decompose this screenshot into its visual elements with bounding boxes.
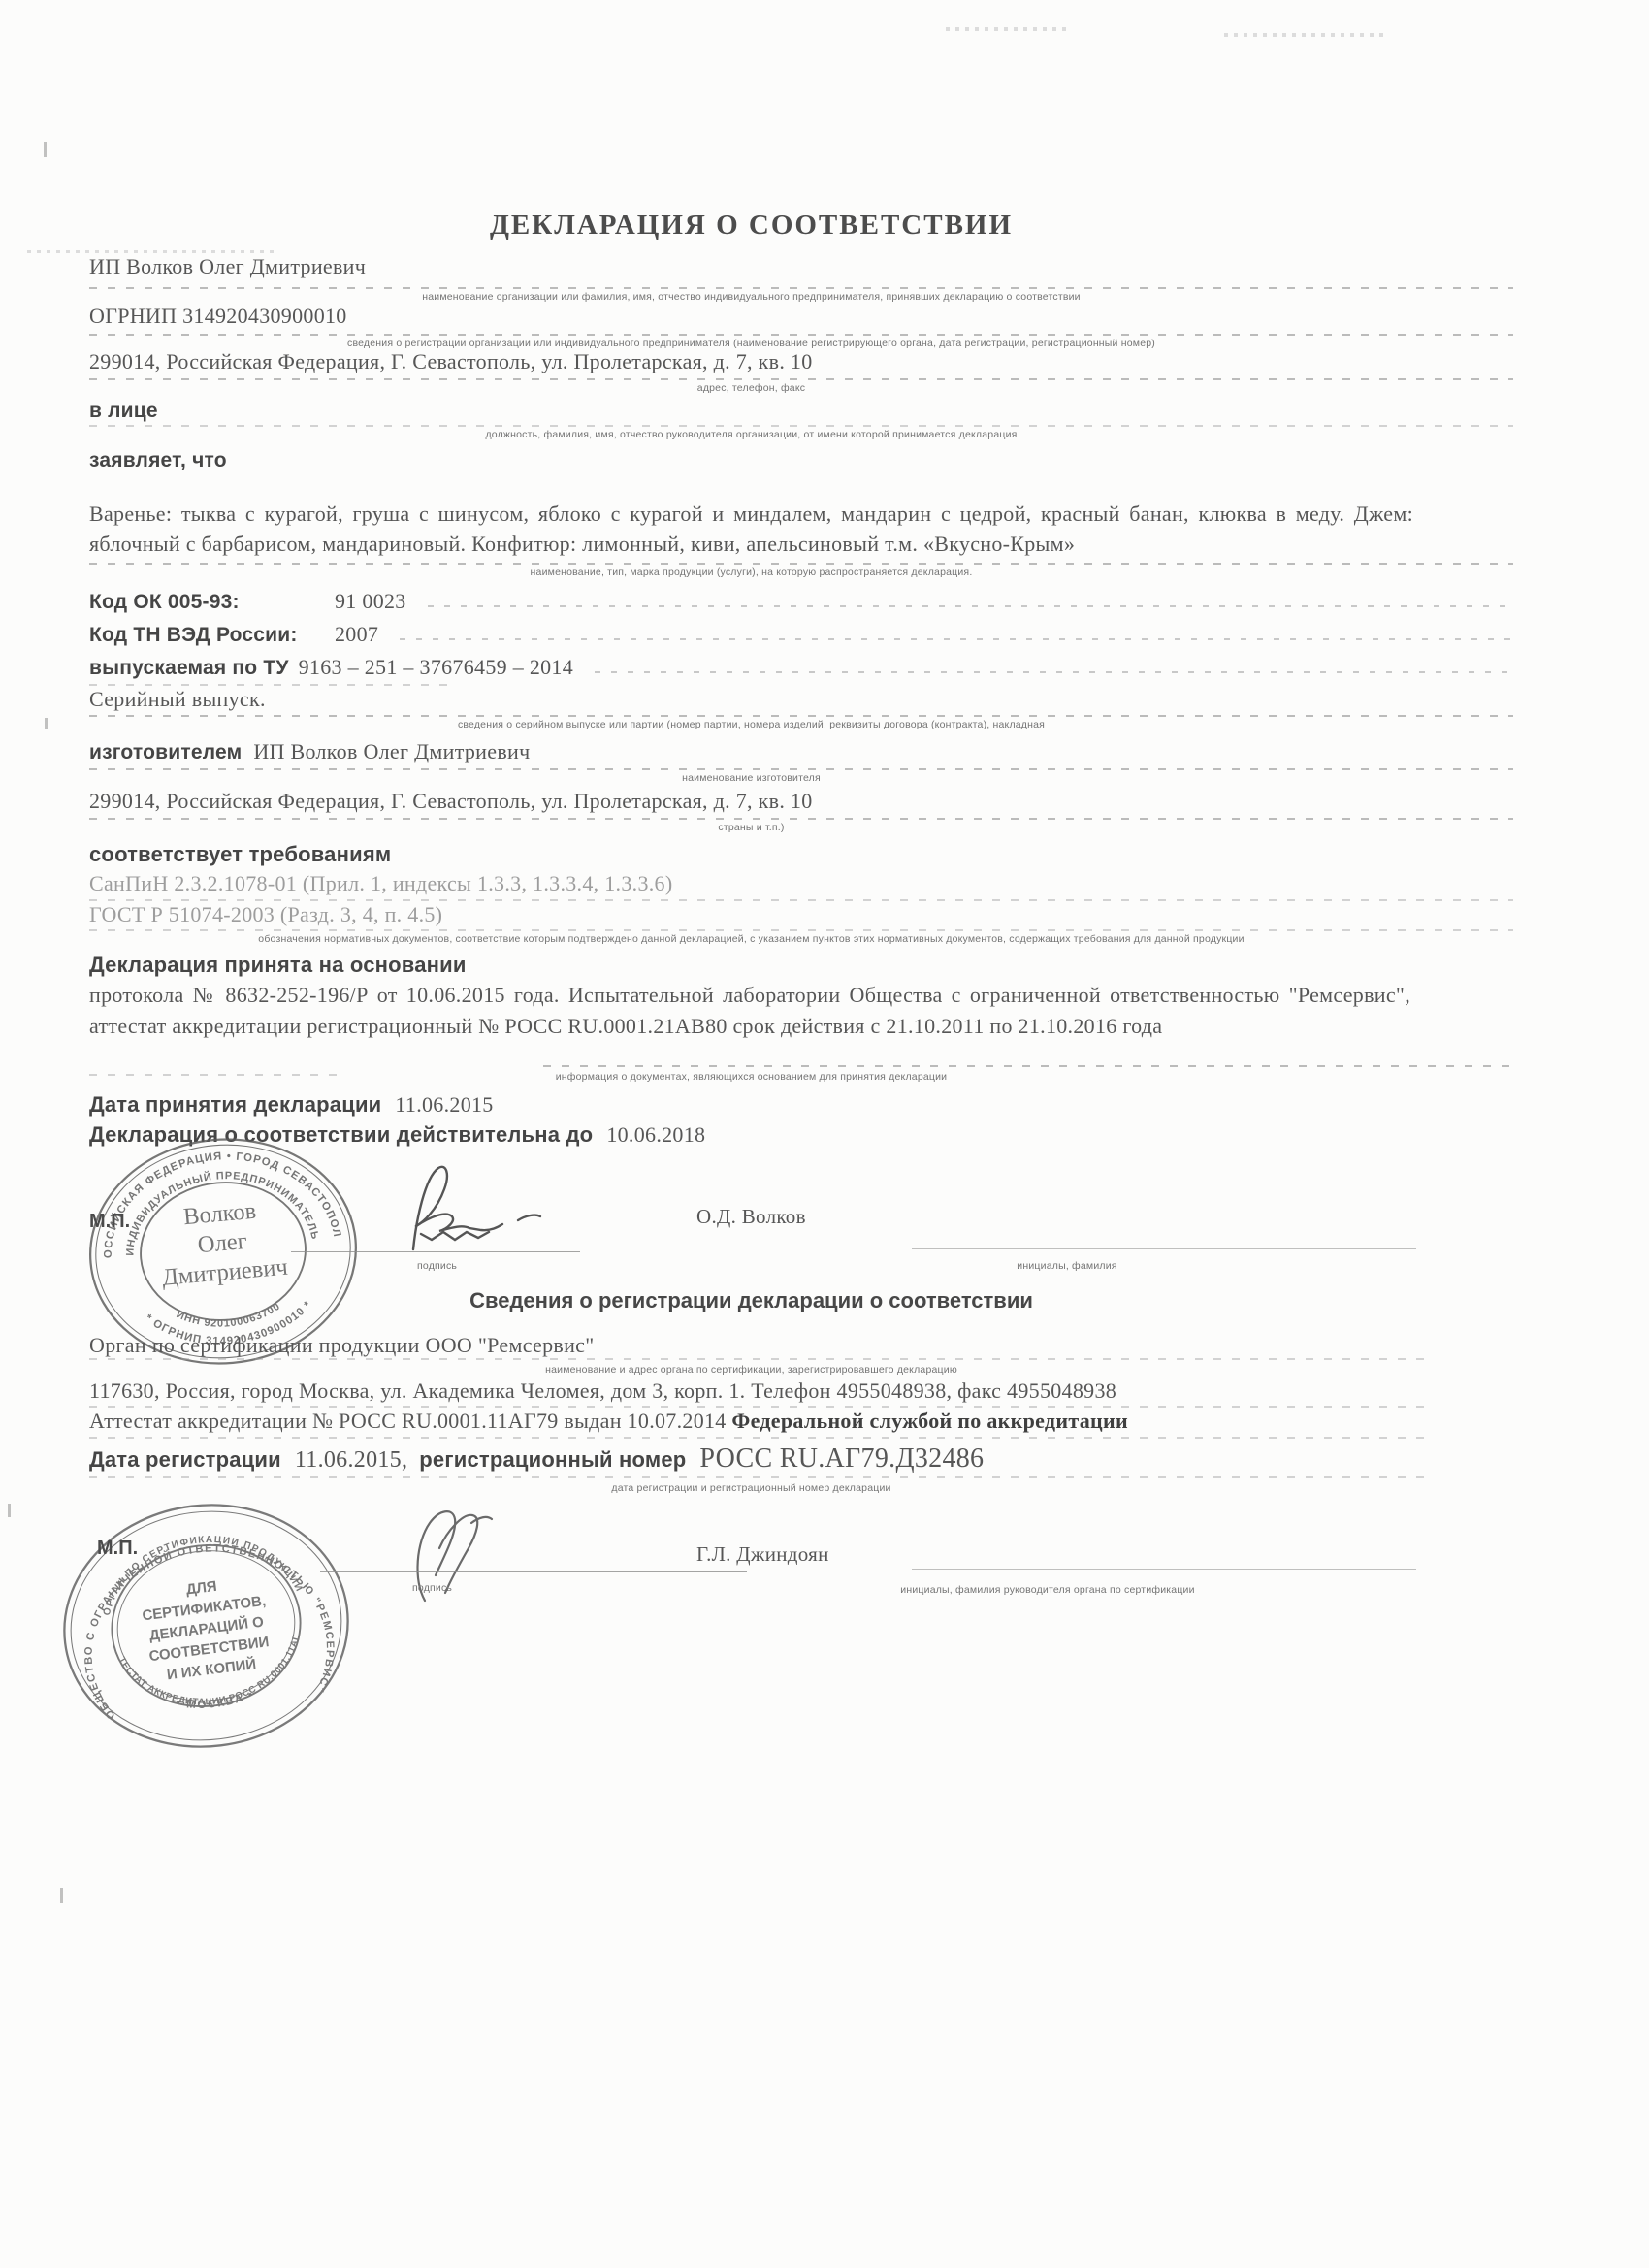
accreditation-row: Аттестат аккредитации № РОСС RU.0001.11А…: [89, 1409, 1128, 1434]
code-ok-row: Код ОК 005-93: 91 0023: [89, 589, 1513, 614]
initials-line-2: [912, 1569, 1416, 1570]
basis-heading: Декларация принята на основании: [89, 953, 467, 978]
declarant-name-caption: наименование организации или фамилия, им…: [89, 291, 1413, 303]
tu-row: выпускаемая по ТУ 9163 – 251 – 37676459 …: [89, 655, 1513, 680]
dashed-rule: [89, 1476, 1426, 1478]
scan-artifact: [946, 27, 1072, 31]
standards-caption: обозначения нормативных документов, соот…: [89, 933, 1413, 945]
manufacturer-caption: наименование изготовителя: [89, 772, 1413, 784]
code-ok-label: Код ОК 005-93:: [89, 591, 335, 614]
sign-caption-2: подпись: [412, 1582, 452, 1594]
adoption-date-row: Дата принятия декларации 11.06.2015: [89, 1092, 494, 1118]
standard-sanpin: СанПиН 2.3.2.1078-01 (Прил. 1, индексы 1…: [89, 871, 672, 896]
tu-value: 9163 – 251 – 37676459 – 2014: [299, 655, 573, 680]
dashed-filler: [400, 638, 1513, 640]
dashed-rule: [89, 899, 1513, 901]
manufacturer-value: ИП Волков Олег Дмитриевич: [253, 739, 530, 763]
stamp1-center-line: Дмитриевич: [161, 1254, 289, 1291]
declares-label: заявляет, что: [89, 449, 227, 472]
dashed-rule: [89, 768, 1513, 770]
scan-artifact: [27, 250, 275, 253]
adoption-date-label: Дата принятия декларации: [89, 1092, 381, 1117]
in-person-label: в лице: [89, 400, 158, 423]
registration-number-value: РОСС RU.АГ79.Д32486: [699, 1443, 984, 1474]
dashed-rule: [89, 425, 1513, 427]
serial-caption: сведения о серийном выпуске или партии (…: [89, 719, 1413, 730]
dashed-rule: [89, 929, 1513, 931]
initials-line-1: [912, 1248, 1416, 1249]
scan-artifact: [1224, 33, 1389, 37]
scan-artifact: [44, 142, 47, 157]
registration-date-value: 11.06.2015,: [295, 1447, 407, 1473]
scan-artifact: [8, 1504, 11, 1517]
code-ok-value: 91 0023: [335, 589, 406, 614]
registration-date-label: Дата регистрации: [89, 1447, 281, 1472]
declarant-address: 299014, Российская Федерация, Г. Севасто…: [89, 349, 813, 374]
certification-body-round-stamp: ОБЩЕСТВО С ОГРАНИЧЕННОЙ ОТВЕТСТВЕННОСТЬЮ…: [42, 1481, 371, 1770]
dashed-filler: [428, 605, 1513, 607]
document-page: ДЕКЛАРАЦИЯ О СООТВЕТСТВИИ ИП Волков Олег…: [0, 0, 1649, 2268]
scan-artifact: [45, 718, 48, 729]
standard-gost: ГОСТ Р 51074-2003 (Разд. 3, 4, п. 4.5): [89, 902, 442, 927]
signature-1: [386, 1160, 561, 1257]
initials-caption-2: инициалы, фамилия руководителя органа по…: [776, 1584, 1319, 1596]
page-title: ДЕКЛАРАЦИЯ О СООТВЕТСТВИИ: [89, 210, 1413, 242]
dashed-rule: [89, 334, 1513, 336]
dashed-rule: [89, 287, 1513, 289]
dashed-rule: [89, 818, 1513, 820]
code-tnved-label: Код ТН ВЭД России:: [89, 624, 335, 647]
registration-heading: Сведения о регистрации декларации о соот…: [89, 1288, 1413, 1313]
dashed-rule: [89, 1437, 1426, 1439]
signature-line-2: [320, 1571, 747, 1572]
dashed-rule: [89, 563, 1513, 565]
accreditation-text: Аттестат аккредитации № РОСС RU.0001.11А…: [89, 1409, 731, 1433]
compliance-heading: соответствует требованиям: [89, 842, 391, 867]
stamp-place-label-1: М.П.: [89, 1211, 130, 1233]
manufacturer-address-caption: страны и т.п.): [89, 822, 1413, 833]
basis-text: протокола № 8632-252-196/Р от 10.06.2015…: [89, 980, 1410, 1042]
dashed-rule: [89, 1358, 1426, 1360]
manufacturer-label: изготовителем: [89, 741, 242, 763]
serial-release: Серийный выпуск.: [89, 687, 266, 712]
product-caption: наименование, тип, марка продукции (услу…: [89, 567, 1413, 578]
initials-caption-1: инициалы, фамилия: [873, 1260, 1261, 1272]
manufacturer-row: изготовителем ИП Волков Олег Дмитриевич: [89, 739, 530, 764]
valid-until-value: 10.06.2018: [606, 1122, 705, 1147]
certification-body: Орган по сертификации продукции ООО "Рем…: [89, 1333, 595, 1358]
dashed-rule: [89, 1406, 1426, 1408]
basis-caption: информация о документах, являющихся осно…: [89, 1071, 1413, 1083]
dashed-filler: [595, 671, 1513, 673]
sign-caption-1: подпись: [417, 1260, 457, 1272]
in-person-caption: должность, фамилия, имя, отчество руково…: [89, 429, 1413, 440]
adoption-date-value: 11.06.2015: [395, 1092, 493, 1117]
tu-label: выпускаемая по ТУ: [89, 657, 289, 680]
address-caption: адрес, телефон, факс: [89, 382, 1413, 394]
certification-body-address: 117630, Россия, город Москва, ул. Академ…: [89, 1378, 1116, 1404]
stamp1-center-line: Волков: [182, 1198, 257, 1230]
ogrnip-value: ОГРНИП 314920430900010: [89, 304, 347, 329]
stamp1-center-line: Олег: [197, 1228, 248, 1258]
scan-artifact: [60, 1888, 63, 1903]
dashed-rule: [543, 1065, 1513, 1067]
manufacturer-address: 299014, Российская Федерация, Г. Севасто…: [89, 789, 813, 814]
product-description: Варенье: тыква с курагой, груша с шинусо…: [89, 499, 1413, 559]
stamp2-center-line: ДЛЯ: [185, 1578, 218, 1599]
dashed-rule: [89, 684, 448, 686]
dashed-rule: [89, 378, 1513, 380]
initials-1: О.Д. Волков: [696, 1205, 806, 1229]
accreditation-authority: Федеральной службой по аккредитации: [731, 1409, 1128, 1433]
initials-2: Г.Л. Джиндоян: [696, 1542, 829, 1567]
registration-date-row: Дата регистрации 11.06.2015, регистрацио…: [89, 1443, 984, 1474]
ogrnip-caption: сведения о регистрации организации или и…: [89, 338, 1413, 349]
declarant-name: ИП Волков Олег Дмитриевич: [89, 254, 366, 279]
code-tnved-row: Код ТН ВЭД России: 2007: [89, 622, 1513, 647]
dashed-rule: [89, 715, 1513, 717]
certification-body-caption: наименование и адрес органа по сертифика…: [89, 1364, 1413, 1376]
stamp-place-label-2: М.П.: [97, 1538, 138, 1560]
registration-number-label: регистрационный номер: [419, 1447, 686, 1472]
code-tnved-value: 2007: [335, 622, 378, 647]
signature-line-1: [291, 1251, 580, 1252]
